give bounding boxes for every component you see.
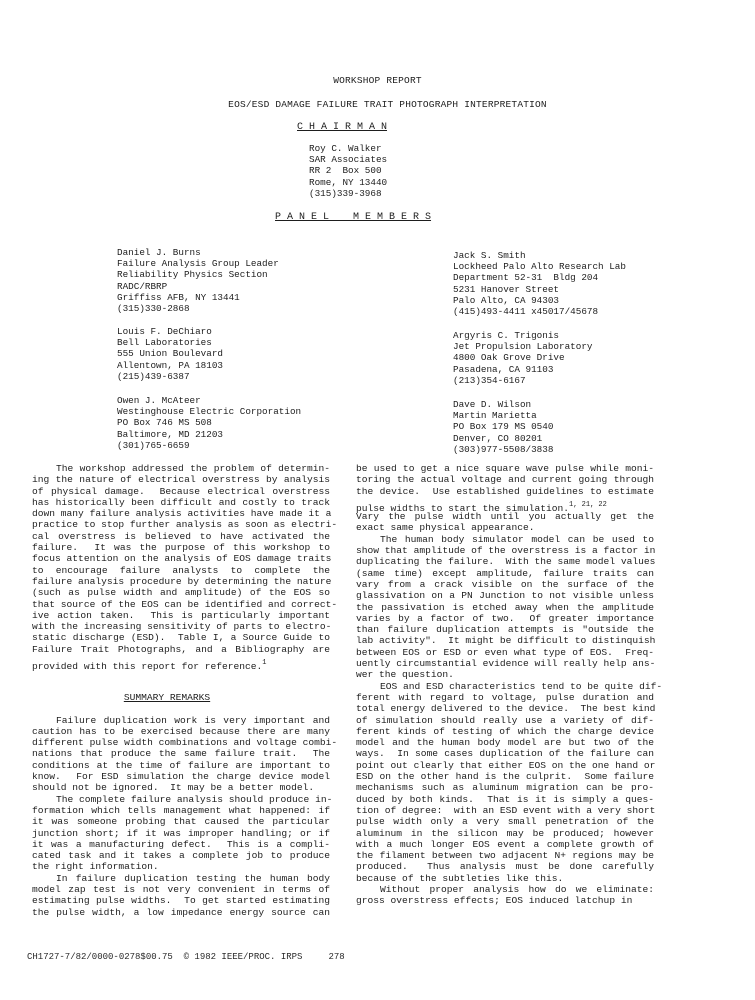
text-line: In failure duplication testing the human…	[32, 873, 330, 884]
text-line: glassivation on a PN Junction to not vis…	[356, 590, 654, 601]
address-line: Rome, NY 13440	[309, 177, 387, 188]
address-line: Griffiss AFB, NY 13441	[117, 292, 279, 303]
address-line: Argyris C. Trigonis	[453, 330, 592, 341]
text-line: cal overstress is believed to have activ…	[32, 531, 330, 542]
text-line: failure. It was the purpose of this work…	[32, 542, 330, 553]
report-label: WORKSHOP REPORT	[0, 75, 755, 86]
panel-member: Daniel J. BurnsFailure Analysis Group Le…	[117, 247, 279, 314]
text-line: conditions at the time of failure are im…	[32, 760, 330, 771]
panel-members-heading: P A N E L M E M B E R S	[275, 212, 431, 223]
text-line: Vary the pulse width until you actually …	[356, 511, 654, 522]
text-line: duced by both kinds. That is it is simpl…	[356, 794, 654, 805]
address-line: Westinghouse Electric Corporation	[117, 406, 301, 417]
text-line: ing the nature of electrical overstress …	[32, 474, 330, 485]
panel-member: Argyris C. TrigonisJet Propulsion Labora…	[453, 330, 592, 386]
text-line: with the increasing sensitivity of parts…	[32, 621, 330, 632]
address-line: Daniel J. Burns	[117, 247, 279, 258]
text-line: lab activity". It might be difficult to …	[356, 635, 654, 646]
text-line: aluminum in the silicon may be produced;…	[356, 828, 654, 839]
text-line: point out clearly that either EOS on the…	[356, 760, 654, 771]
text-line: it was someone probing that caused the p…	[32, 816, 330, 827]
text-line: nations that produce the same failure tr…	[32, 748, 330, 759]
text-line: ferent kinds of testing of which the cha…	[356, 726, 654, 737]
text-line: the filament between two adjacent N+ reg…	[356, 850, 654, 861]
text-line: ive action taken. This is particularly i…	[32, 610, 330, 621]
address-line: (301)765-6659	[117, 440, 301, 451]
text-line: wer the question.	[356, 669, 654, 680]
text-line: vary from a crack visible on the surface…	[356, 579, 654, 590]
address-line: RADC/RBRP	[117, 281, 279, 292]
reference-superscript: 1	[262, 659, 266, 667]
text-line: of simulation should really use a variet…	[356, 715, 654, 726]
text-line: EOS and ESD characteristics tend to be q…	[356, 681, 654, 692]
address-line: Jack S. Smith	[453, 250, 626, 261]
text-line: junction short; if it was improper handl…	[32, 828, 330, 839]
address-line: (415)493-4411 x45017/45678	[453, 306, 626, 317]
address-line: 5231 Hanover Street	[453, 284, 626, 295]
address-line: Louis F. DeChiaro	[117, 326, 223, 337]
text-line: down many failure analysis activities ha…	[32, 508, 330, 519]
text-line: be used to get a nice square wave pulse …	[356, 463, 654, 474]
address-line: (213)354-6167	[453, 375, 592, 386]
section-heading: SUMMARY REMARKS	[32, 692, 330, 703]
address-line: Jet Propulsion Laboratory	[453, 341, 592, 352]
text-line: ways. In some cases duplication of the f…	[356, 748, 654, 759]
text-line: the right information.	[32, 861, 330, 872]
text-line: ESD on the other hand is the culprit. So…	[356, 771, 654, 782]
text-line: failure analysis procedure by determinin…	[32, 576, 330, 587]
text-line: know. For ESD simulation the charge devi…	[32, 771, 330, 782]
text-line: the passivation is etched away when the …	[356, 602, 654, 613]
text-line: total energy delivered to the device. Th…	[356, 703, 654, 714]
address-line: Pasadena, CA 91103	[453, 364, 592, 375]
text-line: the device. Use established guidelines t…	[356, 486, 654, 497]
text-line: caution has to be exercised because ther…	[32, 726, 330, 737]
body-column-right: be used to get a nice square wave pulse …	[356, 463, 654, 907]
text-line: The workshop addressed the problem of de…	[32, 463, 330, 474]
address-line: Department 52-31 Bldg 204	[453, 272, 626, 283]
text-line: the pulse width, a low impedance energy …	[32, 907, 330, 918]
text-line: it was a manufacturing defect. This is a…	[32, 839, 330, 850]
body-column-left: The workshop addressed the problem of de…	[32, 463, 330, 918]
address-line: RR 2 Box 500	[309, 165, 387, 176]
text-line: should not be ignored. It may be a bette…	[32, 782, 330, 793]
text-line: Failure duplication work is very importa…	[32, 715, 330, 726]
text-line: than failure duplication attempts is "ou…	[356, 624, 654, 635]
text-line: because of the subtleties like this.	[356, 873, 654, 884]
text-line: Failure Trait Photographs, and a Bibliog…	[32, 644, 330, 655]
address-line: PO Box 179 MS 0540	[453, 421, 553, 432]
address-line: Baltimore, MD 21203	[117, 429, 301, 440]
address-line: Denver, CO 80201	[453, 433, 553, 444]
chairman-address: Roy C. WalkerSAR AssociatesRR 2 Box 500R…	[309, 143, 387, 199]
reference-superscript: 1, 21, 22	[569, 501, 607, 509]
text-line: provided with this report for reference.…	[32, 658, 330, 669]
text-line: varies by a factor of two. Of greater im…	[356, 613, 654, 624]
panel-member: Jack S. SmithLockheed Palo Alto Research…	[453, 250, 626, 317]
text-line: practice to stop further analysis as soo…	[32, 519, 330, 530]
text-line: ferent with regard to voltage, pulse dur…	[356, 692, 654, 703]
address-line: Failure Analysis Group Leader	[117, 258, 279, 269]
address-line: SAR Associates	[309, 154, 387, 165]
text-line: uently circumstantial evidence will real…	[356, 658, 654, 669]
text-line: to encourage failure analysts to complet…	[32, 565, 330, 576]
text-line: has historically been difficult and cost…	[32, 497, 330, 508]
document-page: WORKSHOP REPORT EOS/ESD DAMAGE FAILURE T…	[0, 0, 755, 1000]
text-line: (same time) except amplitude, failure tr…	[356, 568, 654, 579]
chairman-heading: C H A I R M A N	[297, 122, 387, 133]
text-line: that source of the EOS can be identified…	[32, 599, 330, 610]
text-line: Without proper analysis how do we elimin…	[356, 884, 654, 895]
text-line: tion of degree: with an ESD event with a…	[356, 805, 654, 816]
page-footer: CH1727-7/82/0000-0278$00.75 © 1982 IEEE/…	[27, 952, 345, 962]
spacer	[32, 703, 330, 714]
address-line: Roy C. Walker	[309, 143, 387, 154]
panel-member: Owen J. McAteerWestinghouse Electric Cor…	[117, 395, 301, 451]
spacer	[32, 681, 330, 692]
address-line: (315)330-2868	[117, 303, 279, 314]
panel-member: Louis F. DeChiaroBell Laboratories555 Un…	[117, 326, 223, 382]
address-line: Owen J. McAteer	[117, 395, 301, 406]
address-line: (303)977-5508/3838	[453, 444, 553, 455]
text-line: toring the actual voltage and current go…	[356, 474, 654, 485]
panel-member: Dave D. WilsonMartin MariettaPO Box 179 …	[453, 399, 553, 455]
address-line: Allentown, PA 18103	[117, 360, 223, 371]
address-line: Reliability Physics Section	[117, 269, 279, 280]
text-line: pulse widths to start the simulation.1, …	[356, 500, 654, 511]
text-line: formation which tells management what ha…	[32, 805, 330, 816]
address-line: 555 Union Boulevard	[117, 348, 223, 359]
address-line: Lockheed Palo Alto Research Lab	[453, 261, 626, 272]
address-line: Dave D. Wilson	[453, 399, 553, 410]
text-line: exact same physical appearance.	[356, 522, 654, 533]
text-line: with a much longer EOS event a complete …	[356, 839, 654, 850]
text-line: model zap test is not very convenient in…	[32, 884, 330, 895]
address-line: (215)439-6387	[117, 371, 223, 382]
address-line: Palo Alto, CA 94303	[453, 295, 626, 306]
text-line: produced. Thus analysis must be done car…	[356, 861, 654, 872]
report-title: EOS/ESD DAMAGE FAILURE TRAIT PHOTOGRAPH …	[10, 99, 755, 110]
text-line: The human body simulator model can be us…	[356, 534, 654, 545]
text-line: model and the human body model are but t…	[356, 737, 654, 748]
text-line: estimating pulse widths. To get started …	[32, 895, 330, 906]
text-line: duplicating the failure. With the same m…	[356, 556, 654, 567]
address-line: PO Box 746 MS 508	[117, 417, 301, 428]
text-line: (such as pulse width and amplitude) of t…	[32, 587, 330, 598]
copyright-code: CH1727-7/82/0000-0278$00.75 © 1982 IEEE/…	[27, 952, 302, 962]
text-line: mechanisms such as aluminum migration ca…	[356, 782, 654, 793]
address-line: 4800 Oak Grove Drive	[453, 352, 592, 363]
address-line: (315)339-3968	[309, 188, 387, 199]
page-number: 278	[328, 952, 344, 962]
text-line: pulse width only a very small penetratio…	[356, 816, 654, 827]
text-line: different pulse width combinations and v…	[32, 737, 330, 748]
text-line: between EOS or ESD or even what type of …	[356, 647, 654, 658]
address-line: Bell Laboratories	[117, 337, 223, 348]
address-line: Martin Marietta	[453, 410, 553, 421]
text-line: gross overstress effects; EOS induced la…	[356, 895, 654, 906]
text-line: static discharge (ESD). Table I, a Sourc…	[32, 632, 330, 643]
text-line: show that amplitude of the overstress is…	[356, 545, 654, 556]
text-line: cated task and it takes a complete job t…	[32, 850, 330, 861]
text-line: The complete failure analysis should pro…	[32, 794, 330, 805]
text-line: of physical damage. Because electrical o…	[32, 486, 330, 497]
text-line: focus attention on the analysis of EOS d…	[32, 553, 330, 564]
